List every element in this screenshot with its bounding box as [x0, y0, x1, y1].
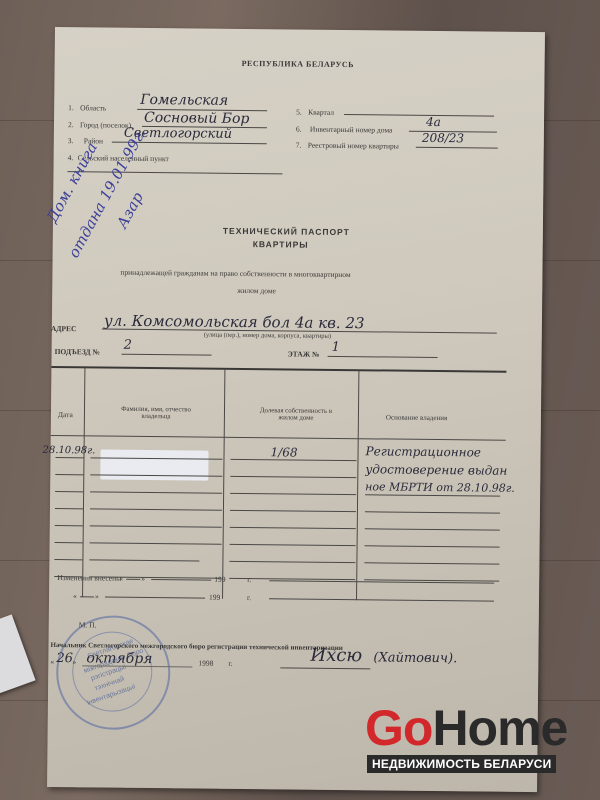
floor-label: ЭТАЖ №	[288, 349, 320, 358]
field-house-inventory-value: 4а	[426, 115, 441, 129]
technical-passport-document: РЕСПУБЛИКА БЕЛАРУСЬ 1. Область Гомельска…	[47, 27, 545, 792]
address-field: АДРЕС ул. Комсомольская бол 4а кв. 23 (у…	[55, 27, 545, 32]
logo-tagline: НЕДВИЖИМОСТЬ БЕЛАРУСИ	[367, 755, 556, 773]
chief-signature: Ихсю (Хайтович).	[55, 27, 545, 32]
gohome-logo: GoHome	[365, 703, 567, 753]
field-apartment-registry-value: 208/23	[422, 131, 464, 145]
ownership-table: Дата Фамилия, имя, отчество владельца До…	[55, 27, 545, 32]
field-region-label: Область	[80, 103, 106, 112]
sign-day: 26	[56, 651, 73, 666]
changes-section: Изменения внесены « » 199 г. « » 199 г.	[55, 27, 545, 32]
document-title-line1: ТЕХНИЧЕСКИЙ ПАСПОРТ	[223, 226, 350, 237]
table-row: 28.10.98г. 1/68 Регистрационное удостове…	[55, 27, 545, 32]
row-basis-line1: Регистрационное	[366, 444, 482, 459]
sign-year: 1998	[198, 659, 213, 668]
row-basis-line2: удостоверение выдан	[365, 462, 507, 477]
address-label: АДРЕС	[51, 324, 77, 333]
entrance-field: ПОДЪЕЗД № 2	[55, 27, 545, 32]
field-quarter-label: Квартал	[308, 108, 334, 117]
header-owner-name: Фамилия, имя, отчество владельца	[111, 406, 201, 421]
margin-note-signature: Азар	[113, 189, 147, 231]
logo-part-home: Home	[432, 700, 567, 756]
field-region: 1. Область Гомельская	[55, 27, 545, 32]
official-seal: Светлагорскае міжгарадское бюро рэгістра…	[56, 615, 171, 730]
field-apartment-registry-label: Реестровый номер квартиры	[308, 141, 399, 151]
logo-part-go: Go	[365, 700, 432, 756]
field-house-inventory-number: 6. Инвентарный номер дома 4а	[55, 27, 545, 32]
document-subtitle-line2: жилом доме	[237, 286, 276, 295]
row-date: 28.10.98г.	[43, 445, 96, 457]
header-share: Долевая собственность в жилом доме	[251, 407, 341, 422]
card-edge	[0, 614, 36, 695]
seal-place-label: М. П.	[79, 620, 97, 629]
field-city: 2. Город (поселок) Сосновый Бор	[55, 27, 545, 32]
field-quarter: 5. Квартал	[55, 27, 545, 32]
field-apartment-registry-number: 7. Реестровый номер квартиры 208/23	[55, 27, 545, 32]
entrance-value: 2	[124, 338, 132, 353]
address-hint: (улица (пер.), номер дома, корпуса, квар…	[204, 332, 331, 340]
field-region-value: Гомельская	[140, 92, 228, 109]
entrance-label: ПОДЪЕЗД №	[55, 347, 100, 356]
signature-scribble: Ихсю	[310, 645, 362, 667]
field-house-inventory-label: Инвентарный номер дома	[310, 125, 393, 135]
field-rural-locality: 4. Сельский населенный пункт	[55, 27, 545, 32]
row-share: 1/68	[270, 445, 297, 459]
field-district: 3. Район Светлогорский	[55, 27, 545, 32]
document-title-line2: КВАРТИРЫ	[253, 239, 309, 250]
header-date: Дата	[58, 410, 73, 419]
header-ownership-basis: Основание владения	[386, 413, 447, 422]
signing-date: « 26 » октября 1998 г.	[55, 27, 545, 32]
floor-value: 1	[332, 340, 340, 355]
document-subtitle-line1: принадлежащей гражданам на право собстве…	[120, 268, 350, 279]
floor-field: ЭТАЖ № 1	[55, 27, 545, 32]
changes-label: Изменения внесены	[57, 573, 121, 583]
signatory-name: (Хайтович).	[373, 650, 457, 666]
document-header: РЕСПУБЛИКА БЕЛАРУСЬ	[242, 59, 354, 69]
field-city-value: Сосновый Бор	[144, 110, 249, 127]
row-basis-line3: ное МБРТИ от 28.10.98г.	[365, 480, 515, 495]
